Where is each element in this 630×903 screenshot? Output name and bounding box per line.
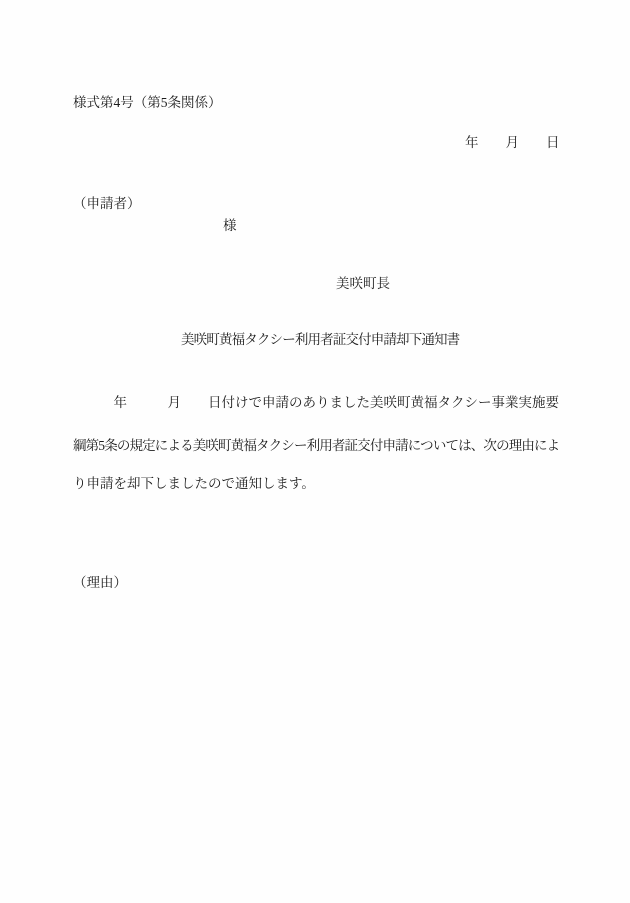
- addressee-honorific: 様: [223, 218, 237, 234]
- body-text-line-2: 綱第5条の規定による美咲町黄福タクシー利用者証交付申請については、次の理由によ: [73, 438, 559, 454]
- body-text-line-3: り申請を却下しましたので通知します。: [73, 476, 315, 492]
- applicant-label: （申請者）: [73, 196, 141, 212]
- document-page: 様式第4号（第5条関係） 年 月 日 （申請者） 様 美咲町長 美咲町黄福タクシ…: [0, 0, 630, 903]
- sender-title: 美咲町長: [336, 276, 390, 292]
- document-title: 美咲町黄福タクシー利用者証交付申請却下通知書: [181, 332, 459, 348]
- form-number: 様式第4号（第5条関係）: [73, 95, 222, 111]
- body-text-line-1: 年 月 日付けで申請のありました美咲町黄福タクシー事業実施要: [73, 395, 559, 411]
- reason-label: （理由）: [73, 575, 127, 591]
- date-line-blank: 年 月 日: [465, 135, 560, 151]
